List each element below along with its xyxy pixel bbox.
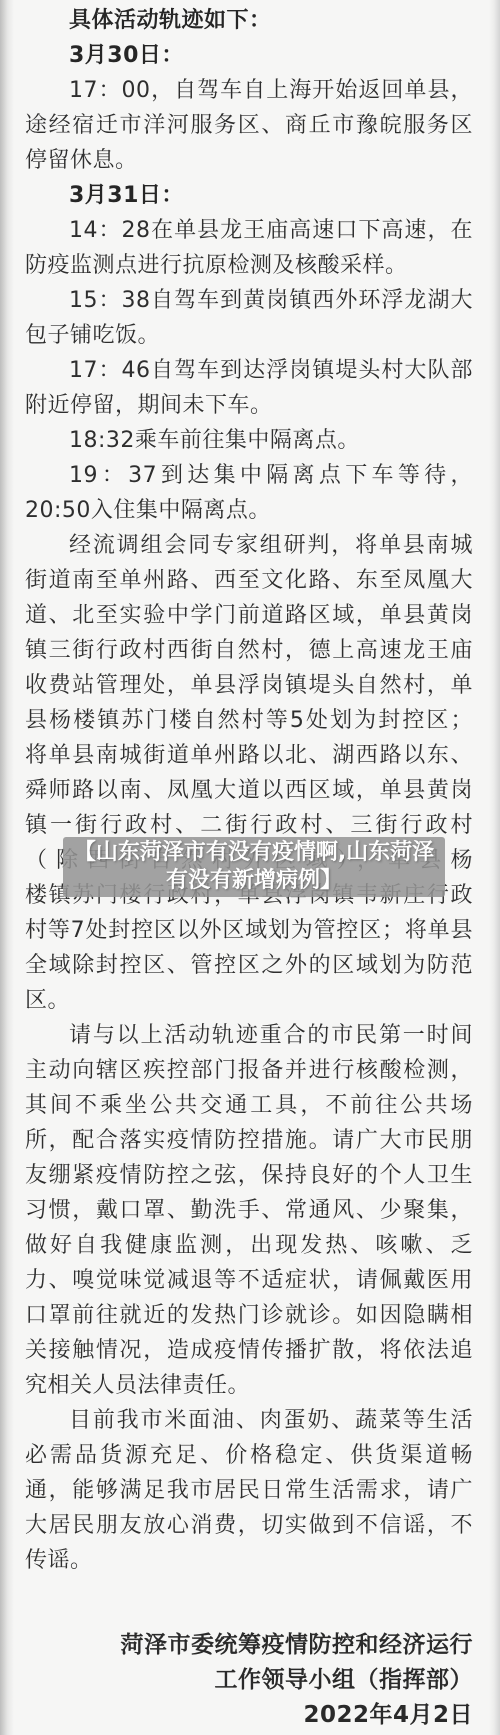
text-line: 区。	[25, 983, 473, 1018]
text-line: 必需品货源充足、价格稳定、供货渠道畅	[25, 1438, 473, 1473]
text-line: 镇三街行政村西街自然村，德上高速龙王庙	[25, 633, 473, 668]
watermark-line-2: 有没有新增病例】	[166, 867, 342, 895]
issuer-line-2: 工作领导小组（指挥部）	[25, 1663, 473, 1698]
watermark-line-1: 【山东菏泽市有没有疫情啊,山东菏泽	[74, 839, 434, 867]
text-line: 力、嗅觉味觉减退等不适症状，请佩戴医用	[25, 1263, 473, 1298]
text-line: 关接触情况，造成疫情传播扩散，将依法追	[25, 1333, 473, 1368]
text-line: 全域除封控区、管控区之外的区域划为防范	[25, 948, 473, 983]
announcement-page: 具体活动轨迹如下：3月30日：17：00，自驾车自上海开始返回单县，途经宿迁市洋…	[0, 0, 500, 1735]
text-line: 收费站管理处，单县浮岗镇堤头自然村，单	[25, 668, 473, 703]
issue-date: 2022年4月2日	[25, 1698, 473, 1733]
text-line: 习惯，戴口罩、勤洗手、常通风、少聚集，	[25, 1193, 473, 1228]
text-line: 友绷紧疫情防控之弦，保持良好的个人卫生	[25, 1158, 473, 1193]
text-line: 20:50入住集中隔离点。	[25, 493, 473, 528]
text-line: 17：00，自驾车自上海开始返回单县，	[25, 73, 473, 108]
photo-edge-right	[489, 0, 500, 1735]
announcement-body: 具体活动轨迹如下：3月30日：17：00，自驾车自上海开始返回单县，途经宿迁市洋…	[25, 3, 473, 1578]
text-line: 主动向辖区疾控部门报备并进行核酸检测，	[25, 1053, 473, 1088]
issuer-line-1: 菏泽市委统筹疫情防控和经济运行	[25, 1628, 473, 1663]
text-line: 17：46自驾车到达浮岗镇堤头村大队部	[25, 353, 473, 388]
text-line: 15：38自驾车到黄岗镇西外环浮龙湖大	[25, 283, 473, 318]
heading-line: 具体活动轨迹如下：	[25, 3, 473, 38]
text-line: 舜师路以南、凤凰大道以西区域，单县黄岗	[25, 773, 473, 808]
text-line: 村等7处封控区以外区域划为管控区；将单县	[25, 913, 473, 948]
text-line: 传谣。	[25, 1543, 473, 1578]
text-line: 14：28在单县龙王庙高速口下高速，在	[25, 213, 473, 248]
text-line: 大居民朋友放心消费，切实做到不信谣，不	[25, 1508, 473, 1543]
text-line: 请与以上活动轨迹重合的市民第一时间	[25, 1018, 473, 1053]
text-line: 街道南至单州路、西至文化路、东至凤凰大	[25, 563, 473, 598]
text-line: 口罩前往就近的发热门诊就诊。如因隐瞒相	[25, 1298, 473, 1333]
watermark-overlay: 【山东菏泽市有没有疫情啊,山东菏泽 有没有新增病例】	[63, 837, 445, 897]
text-line: 道、北至实验中学门前道路区域，单县黄岗	[25, 598, 473, 633]
text-line: 防疫监测点进行抗原检测及核酸采样。	[25, 248, 473, 283]
text-line: 包子铺吃饭。	[25, 318, 473, 353]
text-line: 途经宿迁市洋河服务区、商丘市豫皖服务区	[25, 108, 473, 143]
text-line: 18:32乘车前往集中隔离点。	[25, 423, 473, 458]
signature-block: 菏泽市委统筹疫情防控和经济运行 工作领导小组（指挥部） 2022年4月2日	[25, 1628, 473, 1733]
text-line: 停留休息。	[25, 143, 473, 178]
heading-line: 3月31日：	[25, 178, 473, 213]
text-line: 所，配合落实疫情防控措施。请广大市民朋	[25, 1123, 473, 1158]
text-line: 通，能够满足我市居民日常生活需求，请广	[25, 1473, 473, 1508]
text-line: 县杨楼镇苏门楼自然村等5处划为封控区；	[25, 703, 473, 738]
text-line: 做好自我健康监测，出现发热、咳嗽、乏	[25, 1228, 473, 1263]
text-line: 经流调组会同专家组研判，将单县南城	[25, 528, 473, 563]
photo-edge-left	[0, 0, 14, 1735]
text-line: 其间不乘坐公共交通工具，不前往公共场	[25, 1088, 473, 1123]
text-line: 附近停留，期间未下车。	[25, 388, 473, 423]
text-line: 将单县南城街道单州路以北、湖西路以东、	[25, 738, 473, 773]
text-line: 19：37到达集中隔离点下车等待，	[25, 458, 473, 493]
text-line: 究相关人员法律责任。	[25, 1368, 473, 1403]
heading-line: 3月30日：	[25, 38, 473, 73]
text-line: 目前我市米面油、肉蛋奶、蔬菜等生活	[25, 1403, 473, 1438]
